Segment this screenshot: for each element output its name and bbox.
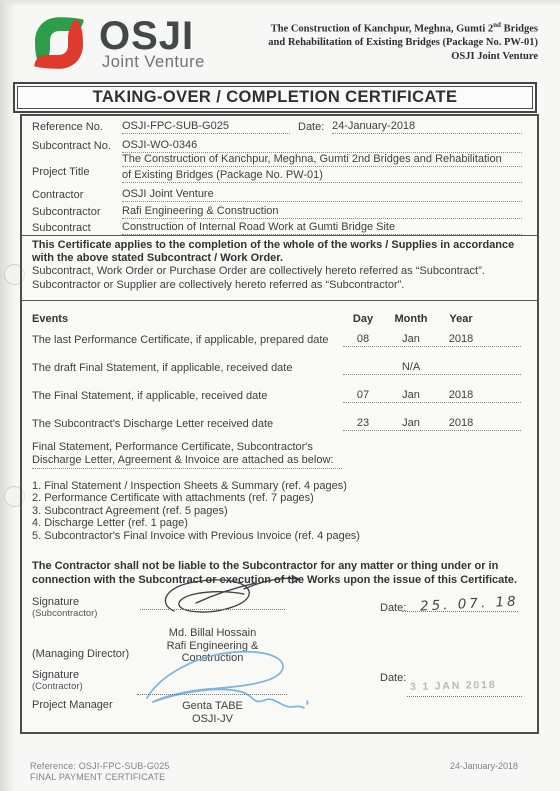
subcontract-value: Construction of Internal Road Work at Gu…	[122, 221, 522, 235]
field-row-subcontract-no: Subcontract No. OSJI-WO-0346	[32, 137, 522, 153]
footer-reference-block: Reference: OSJI-FPC-SUB-G025 FINAL PAYME…	[30, 761, 170, 782]
signature-party: (Contractor)	[32, 681, 83, 693]
col-day: Day	[343, 313, 383, 326]
reference-label: Reference No.	[32, 121, 122, 134]
footer-reference: Reference: OSJI-FPC-SUB-G025	[30, 761, 170, 772]
signature-subcontractor-label: Signature (Subcontractor)	[32, 596, 97, 620]
osji-logo-icon	[28, 13, 90, 73]
contractor-name-block: Genta TABE OSJI-JV	[140, 700, 285, 725]
subcontractor-name: Md. Billal Hossain	[140, 627, 285, 640]
scan-edge-shadow-top	[0, 0, 560, 6]
project-title-label: Project Title	[32, 166, 89, 178]
subcontractor-label: Subcontractor	[32, 206, 122, 219]
event-values: 08 Jan 2018	[343, 333, 521, 347]
event-month: Jan	[383, 417, 439, 430]
section-divider	[21, 235, 538, 236]
title-box: TAKING-OVER / COMPLETION CERTIFICATE	[13, 82, 537, 113]
attachment-item: 4. Discharge Letter (ref. 1 page)	[32, 517, 360, 529]
event-row: The Subcontract's Discharge Letter recei…	[32, 415, 521, 431]
events-header-label: Events	[32, 313, 343, 326]
subcontract-label: Subcontract	[32, 222, 122, 235]
brand-tagline: Joint Venture	[102, 53, 205, 72]
attachment-item: 2. Performance Certificate with attachme…	[32, 492, 360, 504]
scan-edge-shadow	[0, 0, 16, 791]
scope-note-1: Subcontract, Work Order or Purchase Orde…	[32, 265, 528, 278]
attachments-intro-line1: Final Statement, Performance Certificate…	[32, 441, 342, 454]
subcontractor-value: Rafi Engineering & Construction	[122, 205, 522, 219]
event-day	[343, 373, 383, 374]
event-values: 23 Jan 2018	[343, 417, 521, 431]
managing-director-label: (Managing Director)	[32, 648, 129, 660]
document-title: TAKING-OVER / COMPLETION CERTIFICATE	[93, 88, 458, 107]
letterhead-line2: and Rehabilitation of Existing Bridges (…	[218, 36, 538, 50]
event-row: The last Performance Certificate, if app…	[32, 331, 521, 347]
contractor-label: Contractor	[32, 189, 122, 202]
date-value: 24-January-2018	[332, 120, 522, 134]
letterhead-project-text: The Construction of Kanchpur, Meghna, Gu…	[218, 19, 538, 63]
contractor-value: OSJI Joint Venture	[122, 188, 522, 202]
event-day: 07	[343, 389, 383, 402]
date-label: Date:	[290, 121, 332, 134]
event-year: 2018	[439, 333, 483, 346]
signature-word: Signature	[32, 669, 83, 681]
event-month: N/A	[383, 361, 439, 374]
attachments-list: 1. Final Statement / Inspection Sheets &…	[32, 480, 360, 542]
event-row: The Final Statement, if applicable, rece…	[32, 387, 521, 403]
attachments-intro-line2: Discharge Letter, Agreement & Invoice ar…	[32, 454, 342, 469]
event-label: The Subcontract's Discharge Letter recei…	[32, 418, 343, 431]
field-row-subcontractor: Subcontractor Rafi Engineering & Constru…	[32, 203, 522, 219]
subcontract-no-value: OSJI-WO-0346	[122, 139, 522, 153]
attachments-intro: Final Statement, Performance Certificate…	[32, 441, 342, 469]
attachment-item: 5. Subcontractor's Final Invoice with Pr…	[32, 530, 360, 542]
event-label: The draft Final Statement, if applicable…	[32, 362, 343, 375]
event-day: 23	[343, 417, 383, 430]
date-line	[407, 696, 522, 697]
subcontract-no-label: Subcontract No.	[32, 140, 122, 153]
project-title-value-line1: The Construction of Kanchpur, Meghna, Gu…	[122, 153, 522, 167]
contractor-org: OSJI-JV	[140, 713, 285, 726]
event-values: N/A	[343, 361, 521, 375]
events-header-row: Events Day Month Year	[32, 310, 521, 326]
scope-note-2: Subcontractor or Supplier are collective…	[32, 279, 528, 292]
event-year: 2018	[439, 389, 483, 402]
field-row-contractor: Contractor OSJI Joint Venture	[32, 186, 522, 202]
title-box-inner: TAKING-OVER / COMPLETION CERTIFICATE	[17, 86, 533, 109]
footer-doc-type: FINAL PAYMENT CERTIFICATE	[30, 772, 170, 783]
event-label: The last Performance Certificate, if app…	[32, 334, 343, 347]
certificate-body: Reference No. OSJI-FPC-SUB-G025 Date: 24…	[20, 114, 539, 734]
col-year: Year	[439, 313, 483, 326]
field-row-subcontract: Subcontract Construction of Internal Roa…	[32, 219, 522, 235]
contractor-name: Genta TABE	[140, 700, 285, 713]
project-title-value-line2: of Existing Bridges (Package No. PW-01)	[122, 169, 522, 183]
event-values: 07 Jan 2018	[343, 389, 521, 403]
project-manager-label: Project Manager	[32, 699, 113, 711]
signature-party: (Subcontractor)	[32, 608, 97, 620]
date-line	[402, 611, 518, 612]
signature-contractor-label: Signature (Contractor)	[32, 669, 83, 693]
letterhead-line1: The Construction of Kanchpur, Meghna, Gu…	[218, 19, 538, 36]
section-divider	[21, 300, 538, 301]
event-day: 08	[343, 333, 383, 346]
events-header-columns: Day Month Year	[343, 313, 521, 326]
footer-date: 24-January-2018	[450, 761, 518, 771]
contractor-date-label: Date:	[380, 672, 406, 684]
field-row-reference: Reference No. OSJI-FPC-SUB-G025 Date: 24…	[32, 118, 522, 134]
event-row: The draft Final Statement, if applicable…	[32, 359, 521, 375]
signature-word: Signature	[32, 596, 97, 608]
event-year	[439, 373, 483, 374]
event-month: Jan	[383, 333, 439, 346]
col-month: Month	[383, 313, 439, 326]
subcontractor-date-label: Date:	[380, 602, 406, 614]
scope-statement: This Certificate applies to the completi…	[32, 239, 528, 292]
scanned-certificate-page: OSJI Joint Venture The Construction of K…	[0, 0, 560, 791]
event-year: 2018	[439, 417, 483, 430]
scope-bold-text: This Certificate applies to the completi…	[32, 239, 528, 265]
letterhead-line3: OSJI Joint Venture	[218, 50, 538, 64]
attachment-item: 1. Final Statement / Inspection Sheets &…	[32, 480, 360, 492]
contractor-date-stamp: 3 1 JAN 2018	[410, 679, 497, 693]
event-label: The Final Statement, if applicable, rece…	[32, 390, 343, 403]
attachment-item: 3. Subcontract Agreement (ref. 5 pages)	[32, 505, 360, 517]
event-month: Jan	[383, 389, 439, 402]
signature-line	[140, 609, 285, 610]
reference-value: OSJI-FPC-SUB-G025	[122, 120, 290, 134]
signature-line	[137, 694, 287, 695]
subcontractor-signature-icon	[140, 571, 310, 623]
